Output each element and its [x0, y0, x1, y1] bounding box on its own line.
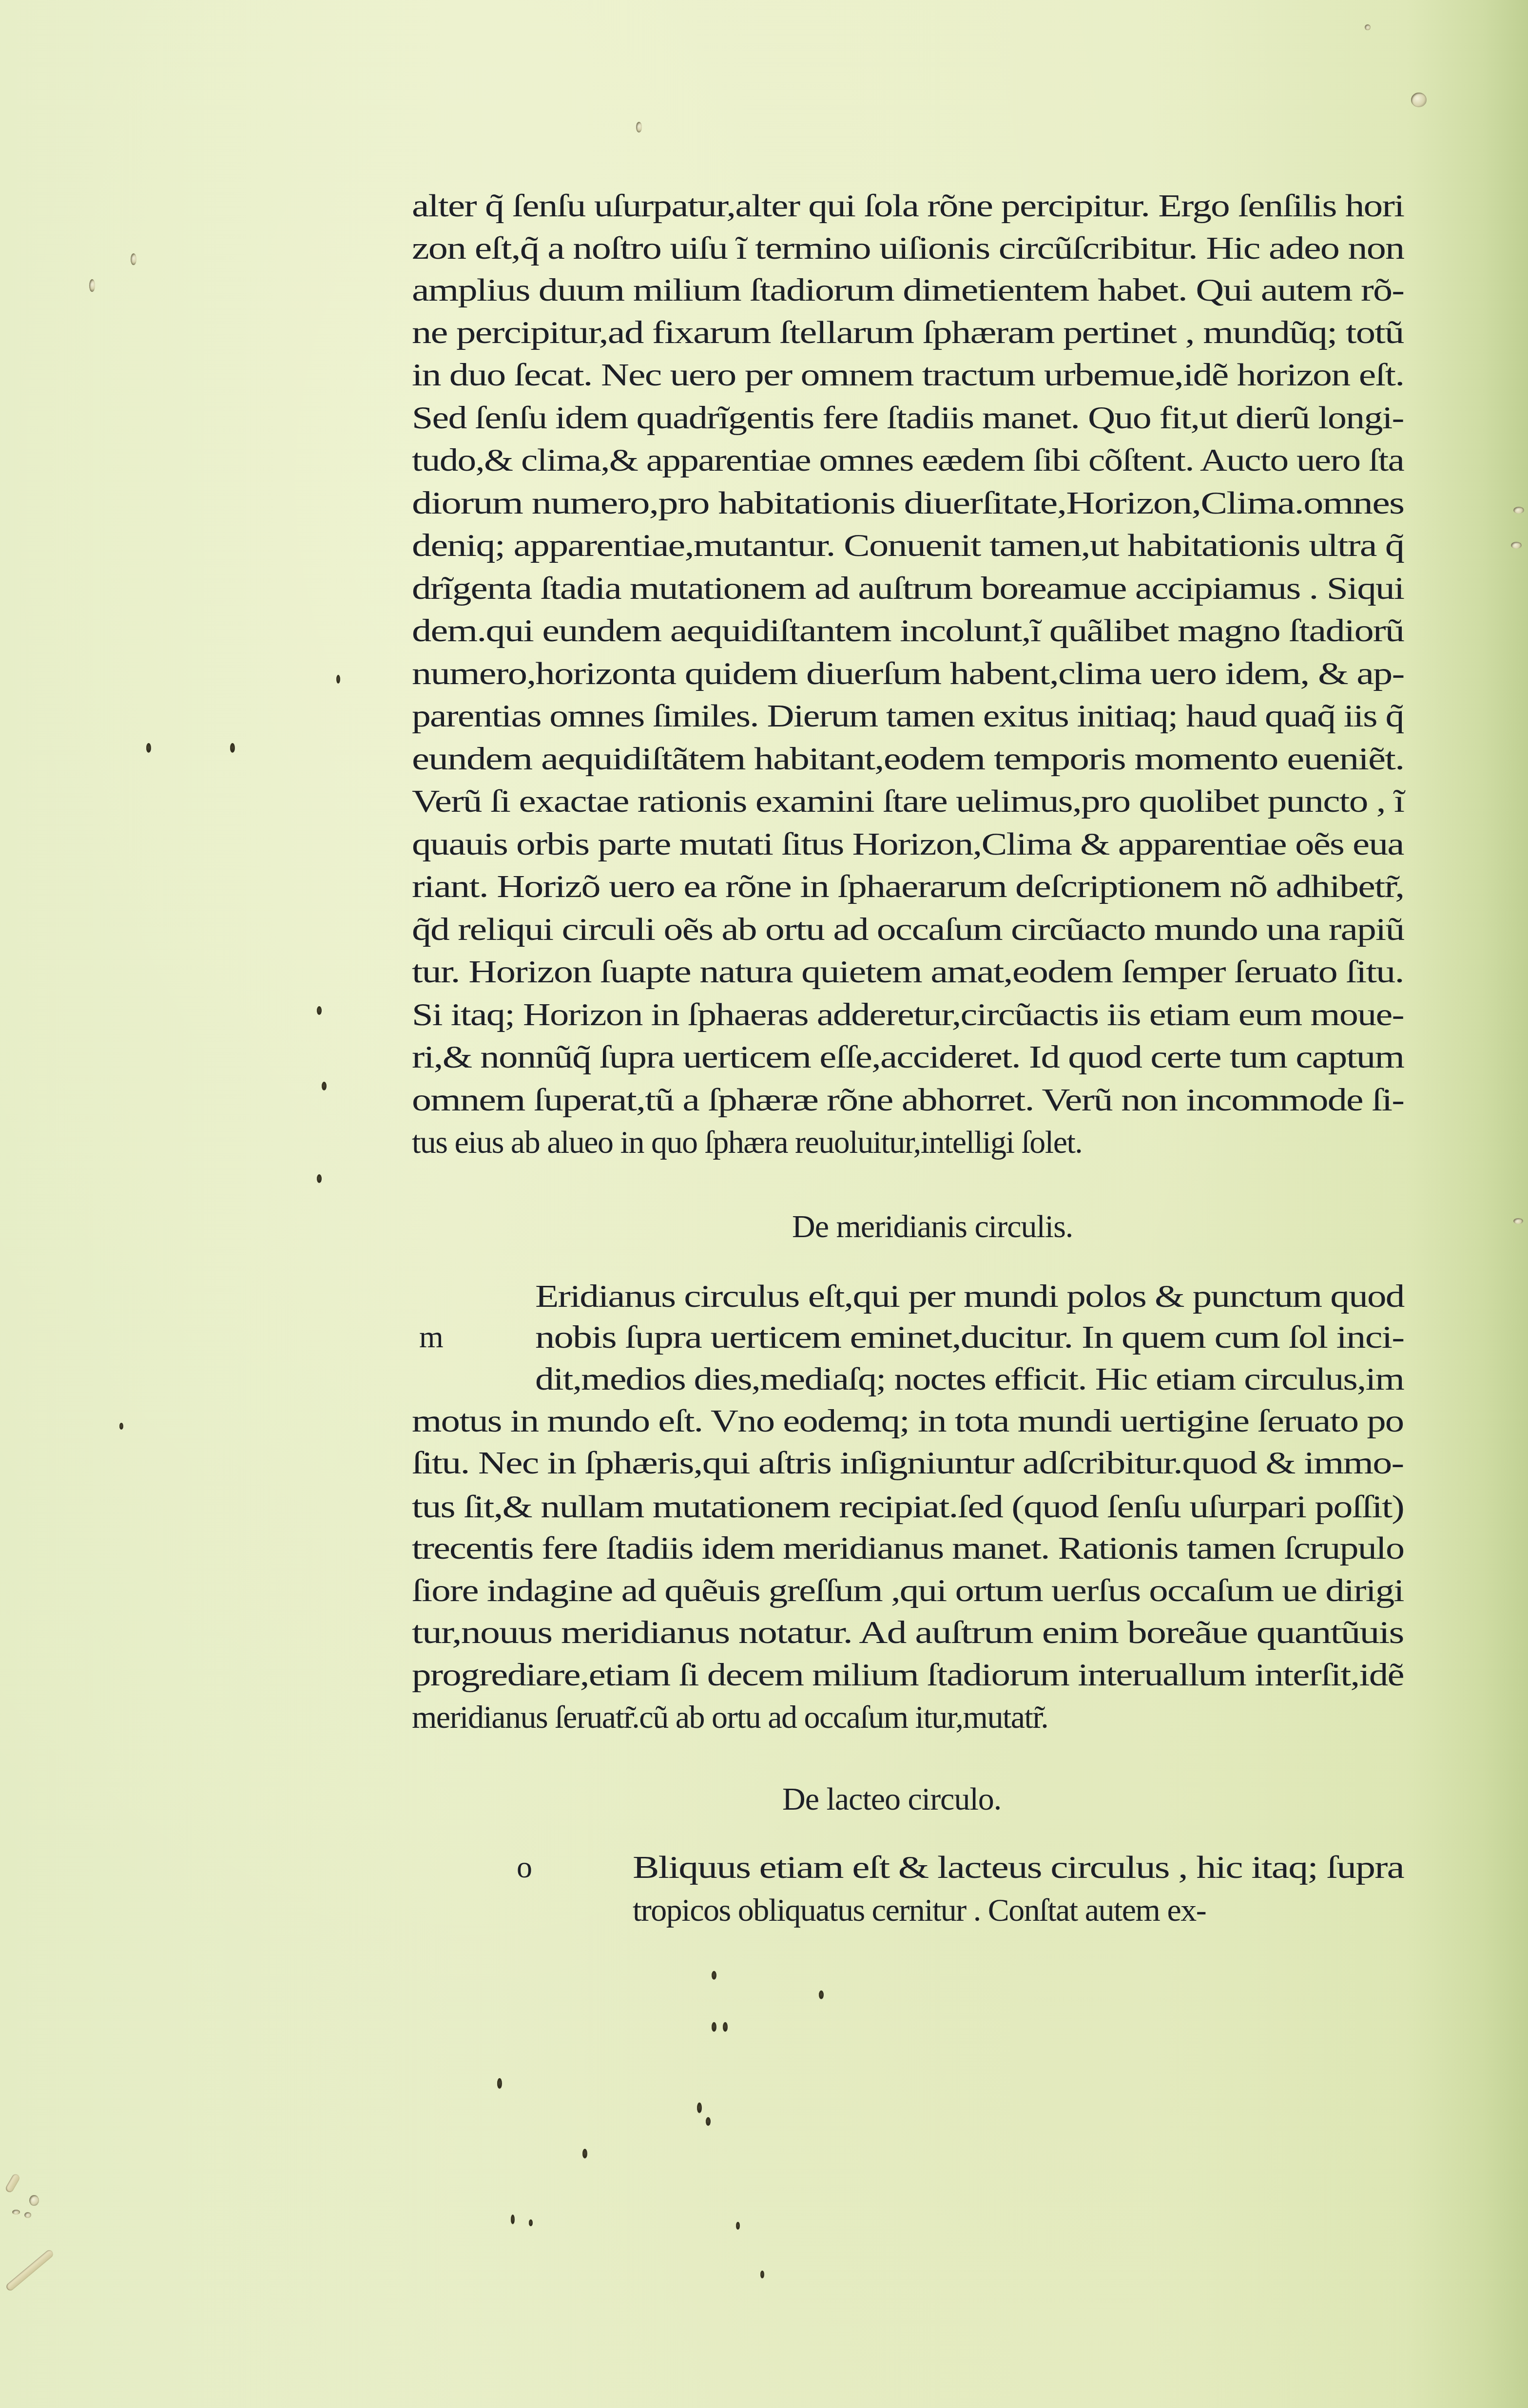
section-heading-milky-way: De lacteo circulo. — [782, 1783, 1001, 1816]
text-line: tur,nouus meridianus notatur. Ad auſtrum… — [412, 1617, 1404, 1649]
text-line: ſiore indagine ad quẽuis greſſum ,qui or… — [412, 1575, 1404, 1607]
text-line: eundem aequidiſtãtem habitant,eodem temp… — [412, 743, 1404, 775]
text-line: riant. Horizõ uero ea rõne in ſphaerarum… — [412, 871, 1404, 903]
text-line: drĩgenta ſtadia mutationem ad auſtrum bo… — [412, 573, 1404, 605]
text-line: numero,horizonta quidem diuerſum habent,… — [412, 658, 1404, 690]
text-line: dem.qui eundem aequidiſtantem incolunt,ĩ… — [412, 615, 1404, 647]
text-line: progrediare,etiam ſi decem milium ſtadio… — [412, 1659, 1404, 1691]
text-line: tropicos obliquatus cernitur . Conſtat a… — [633, 1894, 1206, 1927]
text-line: Eridianus circulus eſt,qui per mundi pol… — [535, 1280, 1404, 1313]
text-line: nobis ſupra uerticem eminet,ducitur. In … — [535, 1321, 1404, 1354]
text-line: dit,medios dies,mediaſq; noctes efficit.… — [535, 1363, 1404, 1395]
text-line: alter q̃ ſenſu uſurpatur,alter qui ſola … — [412, 190, 1404, 222]
text-line: tus ſit,& nullam mutationem recipiat.ſed… — [412, 1491, 1404, 1523]
guide-letter: m — [419, 1321, 443, 1353]
text-line: tudo,& clima,& apparentiae omnes eædem ſ… — [412, 444, 1404, 477]
text-line: Si itaq; Horizon in ſphaeras adderetur,c… — [412, 999, 1404, 1031]
text-line: deniq; apparentiae,mutantur. Conuenit ta… — [412, 530, 1404, 562]
text-line: Bliquus etiam eſt & lacteus circulus , h… — [633, 1852, 1404, 1884]
section-heading-meridian: De meridianis circulis. — [792, 1211, 1073, 1243]
text-line: tur. Horizon ſuapte natura quietem amat,… — [412, 956, 1404, 988]
text-line: q̃d reliqui circuli oẽs ab ortu ad occaſ… — [412, 914, 1404, 946]
text-line: diorum numero,pro habitationis diuerſita… — [412, 487, 1404, 519]
text-line: ne percipitur,ad fixarum ſtellarum ſphær… — [412, 317, 1403, 349]
text-line: trecentis fere ſtadiis idem meridianus m… — [412, 1532, 1404, 1565]
text-line: motus in mundo eſt. Vno eodemq; in tota … — [412, 1405, 1403, 1437]
printed-page: alter q̃ ſenſu uſurpatur,alter qui ſola … — [0, 0, 1528, 2408]
text-line: omnem ſuperat,tũ a ſphæræ rõne abhorret.… — [412, 1084, 1404, 1116]
text-line: Sed ſenſu idem quadrĩgentis fere ſtadiis… — [412, 402, 1404, 434]
text-line: ri,& nonnũq̃ ſupra uerticem eſſe,accider… — [412, 1041, 1404, 1073]
text-line: meridianus ſeruatr̃.cũ ab ortu ad occaſu… — [412, 1701, 1048, 1734]
text-line: amplius duum milium ſtadiorum dimetiente… — [412, 274, 1404, 306]
text-line: tus eius ab alueo in quo ſphæra reuoluit… — [412, 1127, 1082, 1159]
text-line: parentias omnes ſimiles. Dierum tamen ex… — [412, 700, 1404, 732]
text-line: ſitu. Nec in ſphæris,qui aſtris inſigniu… — [412, 1447, 1403, 1479]
text-line: zon eſt,q̃ a noſtro uiſu ĩ termino uiſio… — [412, 232, 1404, 265]
guide-letter: o — [517, 1852, 532, 1883]
text-line: Verũ ſi exactae rationis examini ſtare u… — [412, 785, 1404, 818]
text-line: in duo ſecat. Nec uero per omnem tractum… — [412, 359, 1404, 391]
text-line: quauis orbis parte mutati ſitus Horizon,… — [412, 828, 1404, 860]
